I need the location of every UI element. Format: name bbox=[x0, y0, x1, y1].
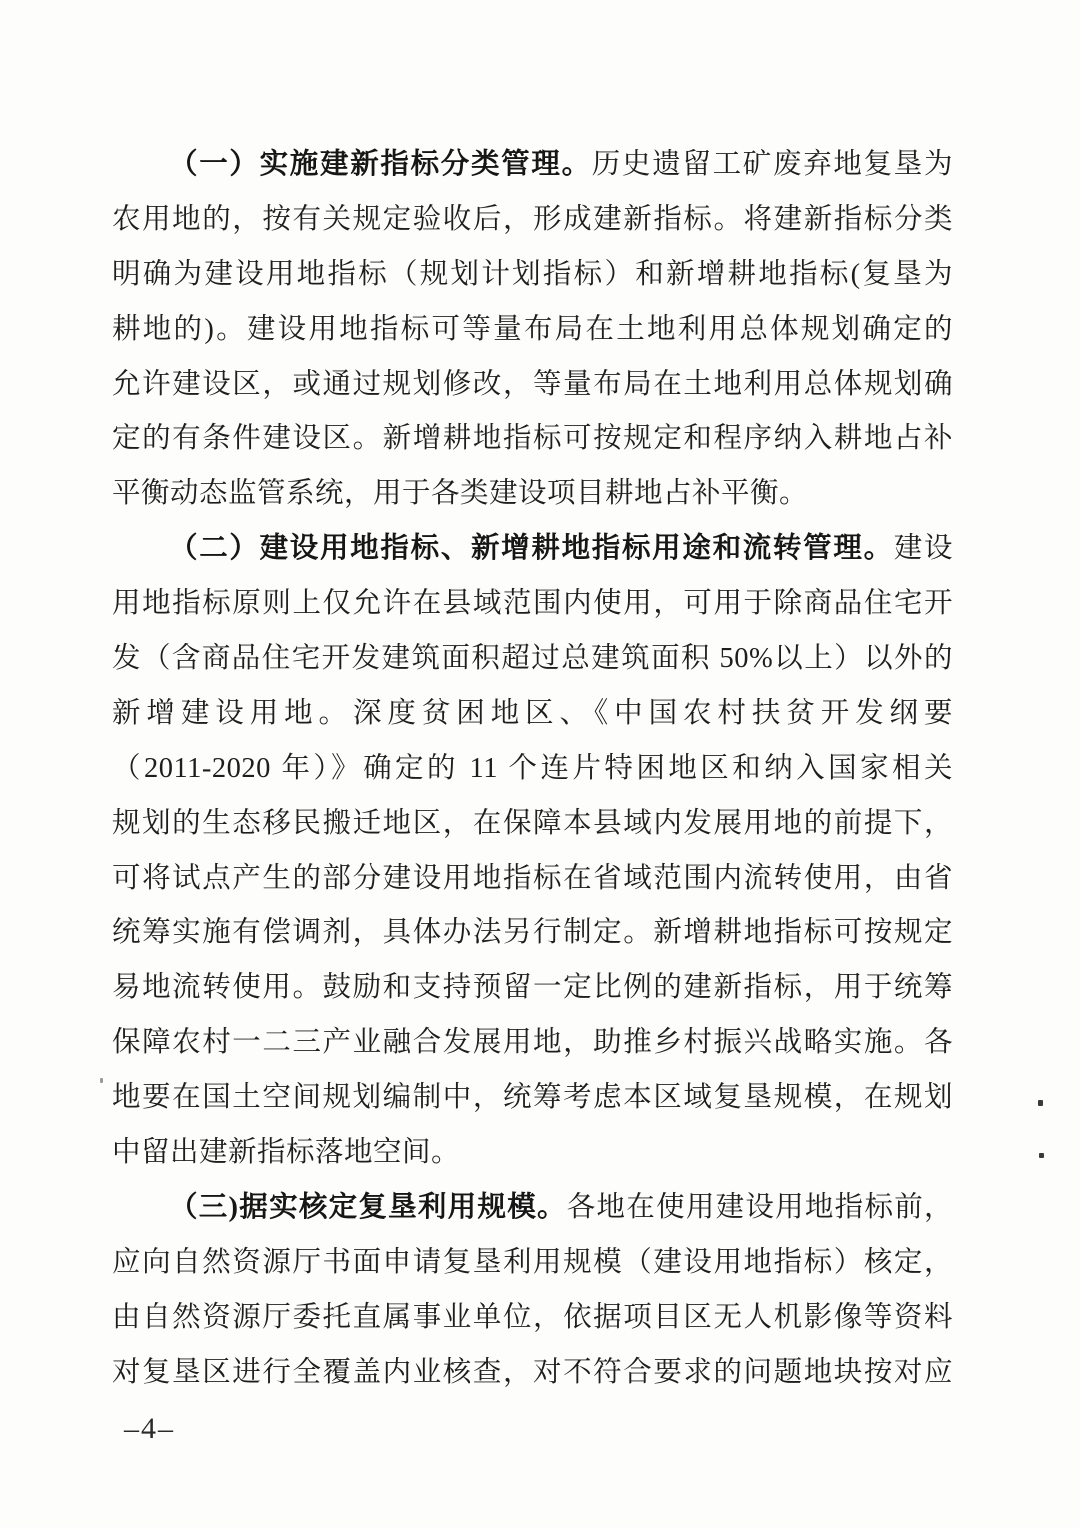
text-line: 对复垦区进行全覆盖内业核查，对不符合要求的问题地块按对应 bbox=[112, 1346, 953, 1401]
text-line: 应向自然资源厅书面申请复垦利用规模（建设用地指标）核定， bbox=[112, 1236, 953, 1291]
paragraph-lead: （三)据实核定复垦利用规模。 bbox=[169, 1192, 567, 1223]
text-line: （2011-2020 年）》确定的 11 个连片特困地区和纳入国家相关 bbox=[112, 742, 953, 797]
scan-speck bbox=[1039, 1153, 1044, 1158]
text-line: 保障农村一二三产业融合发展用地，助推乡村振兴战略实施。各 bbox=[112, 1016, 953, 1071]
text-line: 由自然资源厅委托直属事业单位，依据项目区无人机影像等资料 bbox=[112, 1291, 953, 1346]
text-line: 可将试点产生的部分建设用地指标在省域范围内流转使用，由省 bbox=[112, 852, 953, 907]
document-body: （一）实施建新指标分类管理。历史遗留工矿废弃地复垦为农用地的，按有关规定验收后，… bbox=[112, 138, 953, 1400]
text-line: （二）建设用地指标、新增耕地指标用途和流转管理。建设 bbox=[112, 522, 953, 577]
text-line: 中留出建新指标落地空间。 bbox=[112, 1126, 953, 1181]
text-line: 地要在国土空间规划编制中，统筹考虑本区域复垦规模，在规划 bbox=[112, 1071, 953, 1126]
paragraph-lead: （二）建设用地指标、新增耕地指标用途和流转管理。 bbox=[169, 533, 894, 564]
text-line: 新增建设用地。深度贫困地区、《中国农村扶贫开发纲要 bbox=[112, 687, 953, 742]
paragraph-lead: （一）实施建新指标分类管理。 bbox=[169, 149, 592, 180]
text-line: 定的有条件建设区。新增耕地指标可按规定和程序纳入耕地占补 bbox=[112, 412, 953, 467]
text-line: 农用地的，按有关规定验收后，形成建新指标。将建新指标分类 bbox=[112, 193, 953, 248]
text-line: 耕地的)。建设用地指标可等量布局在土地利用总体规划确定的 bbox=[112, 303, 953, 358]
text-line: 规划的生态移民搬迁地区，在保障本县域内发展用地的前提下， bbox=[112, 797, 953, 852]
text-line: （一）实施建新指标分类管理。历史遗留工矿废弃地复垦为 bbox=[112, 138, 953, 193]
text-line: 允许建设区，或通过规划修改，等量布局在土地利用总体规划确 bbox=[112, 358, 953, 413]
text-line: （三)据实核定复垦利用规模。各地在使用建设用地指标前， bbox=[112, 1181, 953, 1236]
document-page: （一）实施建新指标分类管理。历史遗留工矿废弃地复垦为农用地的，按有关规定验收后，… bbox=[0, 0, 1080, 1528]
text-line: 发（含商品住宅开发建筑面积超过总建筑面积 50%以上）以外的 bbox=[112, 632, 953, 687]
scan-speck bbox=[100, 1078, 103, 1083]
text-line: 用地指标原则上仅允许在县域范围内使用，可用于除商品住宅开 bbox=[112, 577, 953, 632]
text-line: 平衡动态监管系统，用于各类建设项目耕地占补平衡。 bbox=[112, 467, 953, 522]
page-number: –4– bbox=[124, 1412, 175, 1446]
text-line: 明确为建设用地指标（规划计划指标）和新增耕地指标(复垦为 bbox=[112, 248, 953, 303]
text-line: 统筹实施有偿调剂，具体办法另行制定。新增耕地指标可按规定 bbox=[112, 906, 953, 961]
scan-speck bbox=[1038, 1100, 1043, 1106]
text-line: 易地流转使用。鼓励和支持预留一定比例的建新指标，用于统筹 bbox=[112, 961, 953, 1016]
